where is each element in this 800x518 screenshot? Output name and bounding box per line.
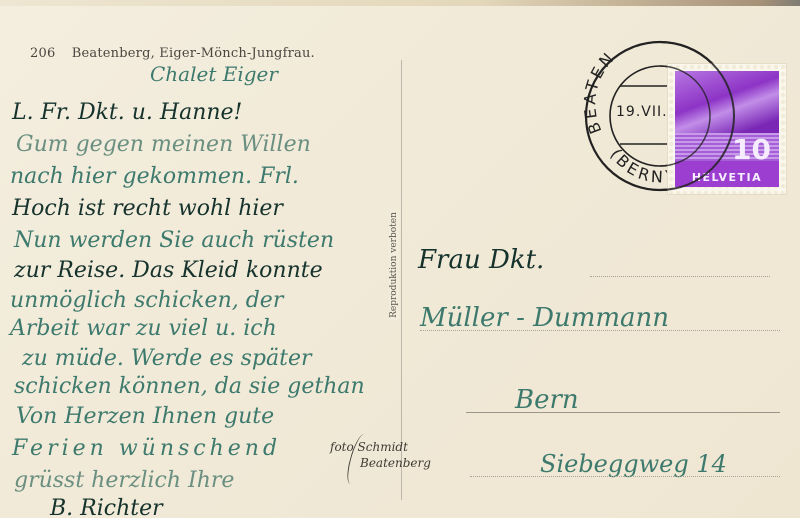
message-line: Ferien wünschend	[12, 436, 281, 461]
photographer-credit: foto Schmidt Beatenberg	[330, 440, 408, 454]
message-line: zu müde. Werde es später	[22, 346, 312, 371]
message-line: grüsst herzlich Ihre	[14, 468, 234, 493]
message-heading: Chalet Eiger	[150, 62, 278, 86]
postcard-back: 206 Beatenberg, Eiger-Mönch-Jungfrau. Re…	[0, 0, 800, 518]
photographer-place: Beatenberg	[360, 456, 431, 470]
postmark-place-top: BEATEN	[580, 47, 619, 136]
message-line: Hoch ist recht wohl hier	[12, 196, 283, 221]
address-rule	[466, 412, 780, 413]
address-line-1: Frau Dkt.	[418, 245, 544, 275]
address-line-2: Müller - Dummann	[420, 303, 669, 333]
message-line: schicken können, da sie gethan	[14, 374, 365, 399]
message-salutation: L. Fr. Dkt. u. Hanne!	[12, 100, 242, 125]
caption-title: Beatenberg, Eiger-Mönch-Jungfrau.	[72, 46, 315, 61]
divider-text: Reproduktion verboten	[389, 210, 399, 320]
message-line: Gum gegen meinen Willen	[16, 132, 311, 157]
address-line-4: Siebeggweg 14	[540, 450, 727, 478]
cancellation-overlay	[640, 36, 760, 196]
address-rule	[590, 276, 770, 277]
address-rule	[470, 476, 780, 477]
message-line: zur Reise. Das Kleid konnte	[14, 258, 323, 283]
message-line: unmöglich schicken, der	[10, 288, 283, 313]
printed-caption: 206 Beatenberg, Eiger-Mönch-Jungfrau.	[30, 46, 315, 61]
message-line: Nun werden Sie auch rüsten	[14, 228, 334, 253]
address-line-3: Bern	[515, 385, 579, 415]
address-rule	[420, 330, 780, 331]
message-line: Arbeit war zu viel u. ich	[10, 316, 277, 341]
center-divider	[401, 60, 402, 500]
message-line: nach hier gekommen. Frl.	[10, 164, 299, 189]
svg-text:BEATEN: BEATEN	[580, 47, 619, 136]
caption-number: 206	[30, 46, 55, 61]
message-signature: B. Richter	[50, 496, 163, 518]
message-line: Von Herzen Ihnen gute	[16, 404, 274, 429]
